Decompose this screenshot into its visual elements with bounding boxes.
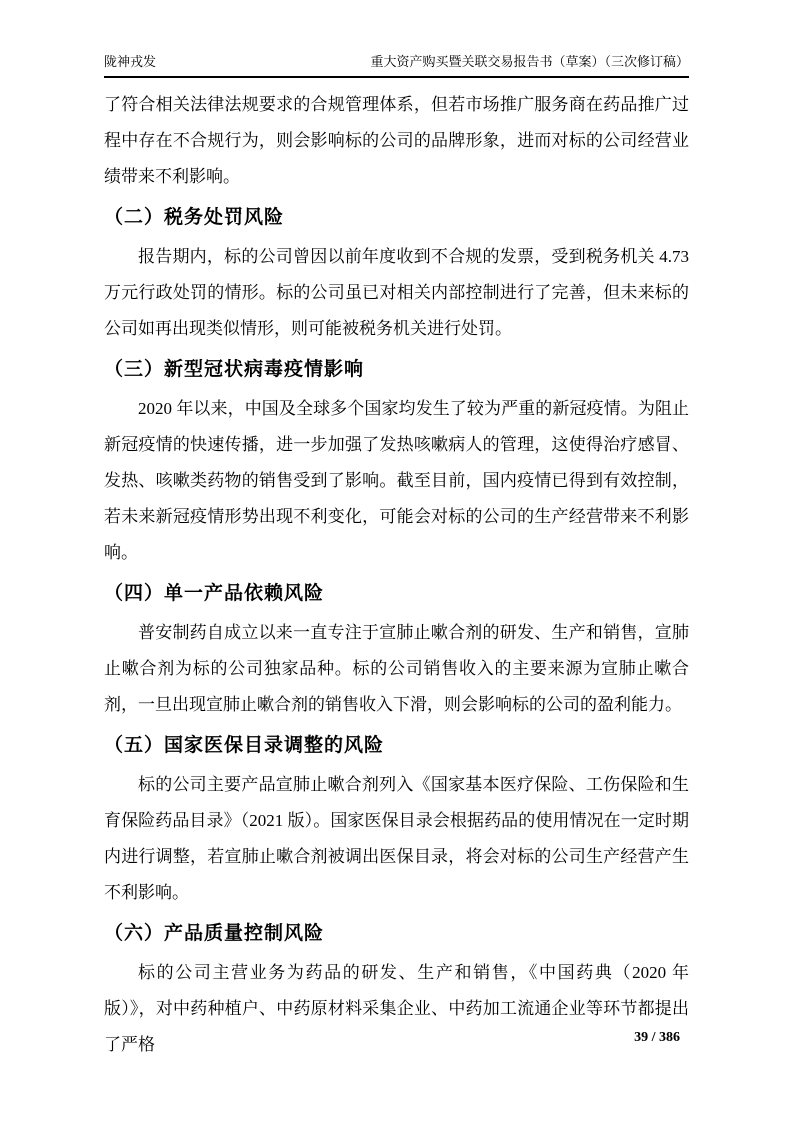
section-heading-covid-impact: （三）新型冠状病毒疫情影响 [104,357,689,383]
document-body: 了符合相关法律法规要求的合规管理体系，但若市场推广服务商在药品推广过程中存在不合… [104,78,689,1063]
page-header: 陇神戎发 重大资产购买暨关联交易报告书（草案）（三次修订稿） [104,0,689,78]
document-page: 陇神戎发 重大资产购买暨关联交易报告书（草案）（三次修订稿） 了符合相关法律法规… [0,0,793,1122]
section-heading-medical-insurance-catalog-risk: （五）国家医保目录调整的风险 [104,733,689,759]
body-paragraph-product-quality: 标的公司主营业务为药品的研发、生产和销售，《中国药典（2020 年版）》，对中药… [104,955,689,1063]
section-heading-tax-penalty-risk: （二）税务处罚风险 [104,205,689,231]
header-report-title: 重大资产购买暨关联交易报告书（草案）（三次修订稿） [370,54,689,70]
body-paragraph-medical-insurance: 标的公司主要产品宣肺止嗽合剂列入《国家基本医疗保险、工伤保险和生育保险药品目录》… [104,767,689,911]
header-company-name: 陇神戎发 [104,54,156,70]
body-paragraph-covid: 2020 年以来，中国及全球多个国家均发生了较为严重的新冠疫情。为阻止新冠疫情的… [104,391,689,571]
body-paragraph-single-product: 普安制药自成立以来一直专注于宣肺止嗽合剂的研发、生产和销售，宣肺止嗽合剂为标的公… [104,615,689,723]
section-heading-product-quality-risk: （六）产品质量控制风险 [104,921,689,947]
page-number: 39 / 386 [634,1030,680,1046]
body-paragraph-tax-penalty: 报告期内，标的公司曾因以前年度收到不合规的发票，受到税务机关 4.73 万元行政… [104,239,689,347]
body-paragraph-continuation: 了符合相关法律法规要求的合规管理体系，但若市场推广服务商在药品推广过程中存在不合… [104,87,689,195]
section-heading-single-product-risk: （四）单一产品依赖风险 [104,581,689,607]
